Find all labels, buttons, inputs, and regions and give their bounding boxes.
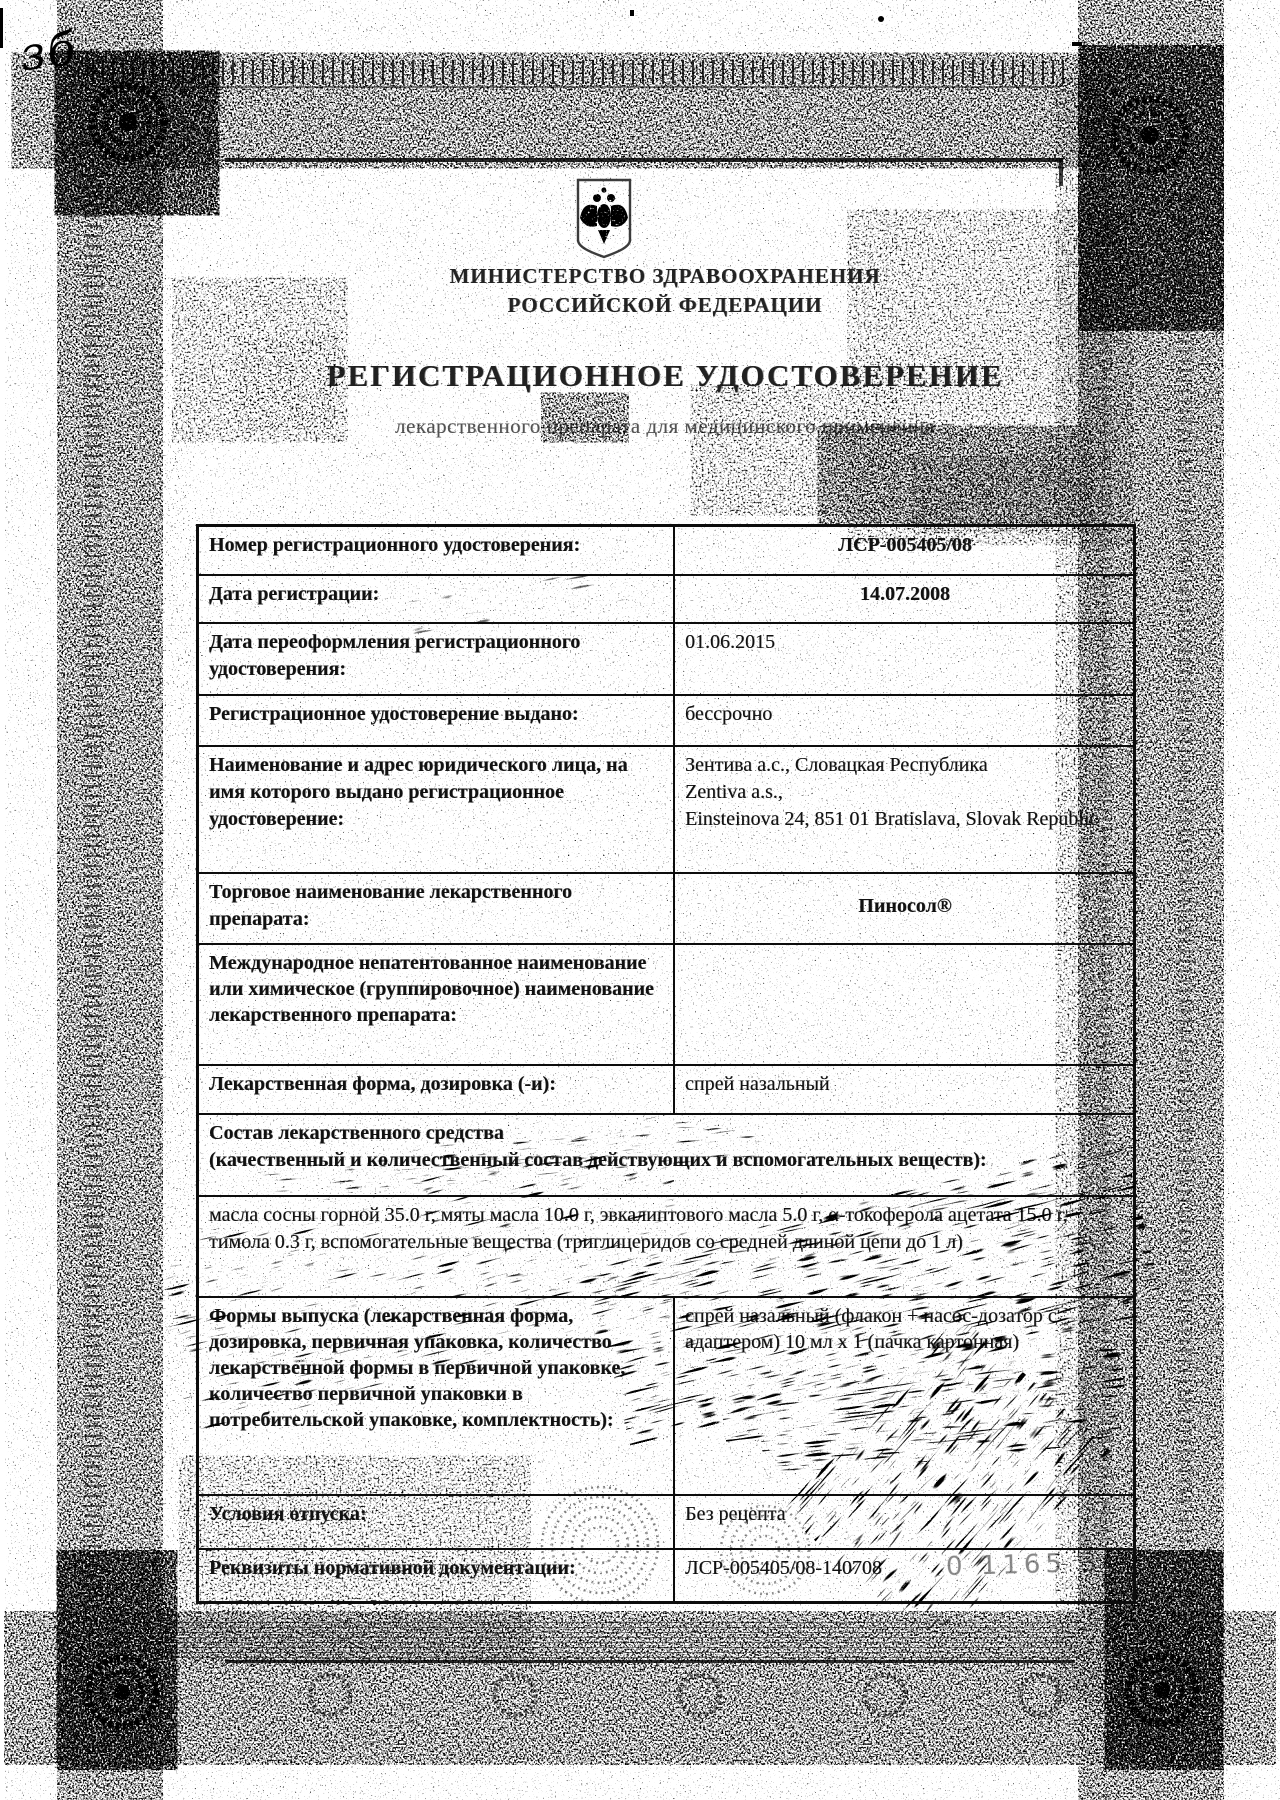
row-dosage-form: Лекарственная форма, дозировка (-и): спр… bbox=[198, 1065, 1135, 1114]
top-band-hook bbox=[1059, 158, 1063, 186]
registration-table: Номер регистрационного удостоверения: ЛС… bbox=[196, 524, 1136, 1604]
row-value: спрей назальный bbox=[674, 1065, 1135, 1114]
row-value: Пиносол® bbox=[674, 873, 1135, 944]
ministry-line1: МИНИСТЕРСТВО ЗДРАВООХРАНЕНИЯ bbox=[200, 262, 1130, 291]
bottom-band-rule bbox=[225, 1660, 1075, 1663]
left-border-ladder bbox=[84, 175, 102, 1615]
serial-number: 0 1165 3 bbox=[946, 1548, 1103, 1582]
row-label: Наименование и адрес юридического лица, … bbox=[198, 746, 675, 873]
row-value: спрей назальный (флакон + насос-дозатор … bbox=[674, 1297, 1135, 1495]
row-composition-header: Состав лекарственного средства (качестве… bbox=[198, 1114, 1135, 1196]
row-dispensing-conditions: Условия отпуска: Без рецепта bbox=[198, 1495, 1135, 1549]
bottom-border-stripes bbox=[160, 1618, 1080, 1658]
coat-of-arms-icon bbox=[574, 178, 634, 260]
document-subtitle: лекарственного препарата для медицинског… bbox=[200, 414, 1130, 439]
handwritten-page-number: зб bbox=[17, 21, 80, 82]
row-trade-name: Торговое наименование лекарственного пре… bbox=[198, 873, 1135, 944]
row-value: масла сосны горной 35.0 г, мяты масла 10… bbox=[198, 1196, 1135, 1297]
scan-speck bbox=[878, 16, 884, 22]
row-value: 01.06.2015 bbox=[674, 623, 1135, 695]
row-label: Условия отпуска: bbox=[198, 1495, 675, 1549]
top-border-line bbox=[95, 86, 1060, 88]
row-registration-number: Номер регистрационного удостоверения: ЛС… bbox=[198, 526, 1135, 576]
top-border-ticks bbox=[92, 60, 1067, 84]
row-composition-text: масла сосны горной 35.0 г, мяты масла 10… bbox=[198, 1196, 1135, 1297]
document-title: РЕГИСТРАЦИОННОЕ УДОСТОВЕРЕНИЕ bbox=[200, 358, 1130, 394]
right-border-ladder bbox=[1178, 200, 1192, 1600]
top-band-rule bbox=[225, 158, 1063, 162]
row-validity: Регистрационное удостоверение выдано: бе… bbox=[198, 695, 1135, 746]
row-label: Дата переоформления регистрационного удо… bbox=[198, 623, 675, 695]
row-value: Зентива а.с., Словацкая Республика Zenti… bbox=[674, 746, 1135, 873]
row-label: Регистрационное удостоверение выдано: bbox=[198, 695, 675, 746]
row-reissue-date: Дата переоформления регистрационного удо… bbox=[198, 623, 1135, 695]
row-registration-date: Дата регистрации: 14.07.2008 bbox=[198, 575, 1135, 623]
row-legal-entity: Наименование и адрес юридического лица, … bbox=[198, 746, 1135, 873]
row-label: Международное непатентованное наименован… bbox=[198, 944, 675, 1065]
row-value: 14.07.2008 bbox=[674, 575, 1135, 623]
scan-speck bbox=[630, 10, 634, 16]
scan-edge-mark bbox=[0, 8, 3, 48]
row-label: Номер регистрационного удостоверения: bbox=[198, 526, 675, 576]
row-label: Лекарственная форма, дозировка (-и): bbox=[198, 1065, 675, 1114]
row-value: бессрочно bbox=[674, 695, 1135, 746]
row-label: Состав лекарственного средства (качестве… bbox=[198, 1114, 1135, 1196]
row-label: Дата регистрации: bbox=[198, 575, 675, 623]
ministry-line2: РОССИЙСКОЙ ФЕДЕРАЦИИ bbox=[200, 291, 1130, 320]
row-label: Торговое наименование лекарственного пре… bbox=[198, 873, 675, 944]
scan-speck bbox=[1072, 42, 1082, 46]
row-inn-name: Международное непатентованное наименован… bbox=[198, 944, 1135, 1065]
row-release-forms: Формы выпуска (лекарственная форма, дози… bbox=[198, 1297, 1135, 1495]
row-value: Без рецепта bbox=[674, 1495, 1135, 1549]
row-value bbox=[674, 944, 1135, 1065]
ministry-name: МИНИСТЕРСТВО ЗДРАВООХРАНЕНИЯ РОССИЙСКОЙ … bbox=[200, 262, 1130, 320]
row-label: Формы выпуска (лекарственная форма, дози… bbox=[198, 1297, 675, 1495]
scanned-certificate-page: зб МИНИСТЕРСТВО ЗДРАВООХРАНЕНИЯ РОССИЙСК… bbox=[0, 0, 1280, 1800]
row-label: Реквизиты нормативной документации: bbox=[198, 1549, 675, 1603]
row-value: ЛСР-005405/08 bbox=[674, 526, 1135, 576]
